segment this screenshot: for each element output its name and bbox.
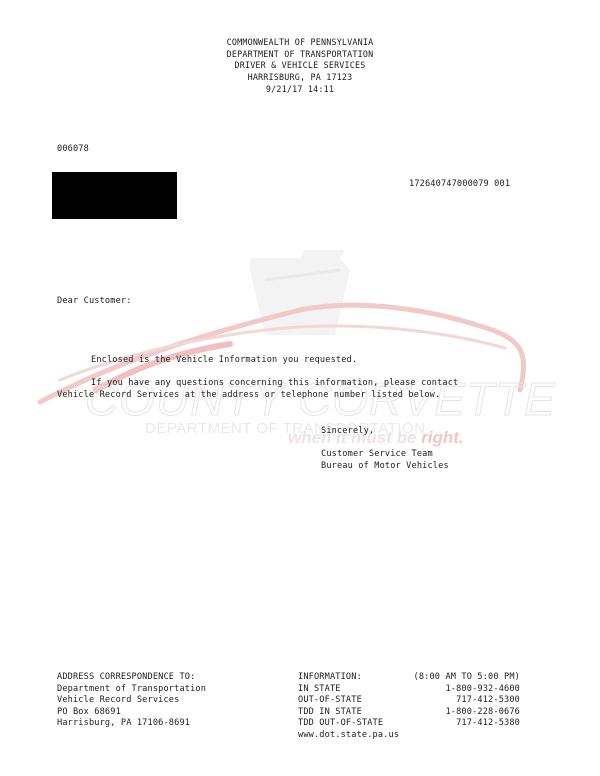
address-heading: ADDRESS CORRESPONDENCE TO: [57,672,206,684]
address-line: Vehicle Record Services [57,695,206,707]
watermark-tagline: when it must be right. [288,428,464,448]
contact-row: TDD IN STATE 1-800-228-0676 [298,707,520,719]
sequence-number: 006078 [57,144,89,156]
contact-row: OUT-OF-STATE 717-412-5300 [298,695,520,707]
signature-team: Customer Service Team [321,449,433,461]
header-datetime: 9/21/17 14:11 [0,84,600,96]
contact-information: INFORMATION: (8:00 AM TO 5:00 PM) IN STA… [298,672,520,742]
header-line-department: DEPARTMENT OF TRANSPORTATION [0,49,600,61]
contact-label: TDD OUT-OF-STATE [298,718,383,730]
paragraph-questions-line2: Vehicle Record Services at the address o… [57,390,440,402]
closing: Sincerely, [321,426,374,438]
address-line: Department of Transportation [57,684,206,696]
contact-row: TDD OUT-OF-STATE 717-412-5380 [298,718,520,730]
paragraph-enclosed: Enclosed is the Vehicle Information you … [91,355,357,367]
correspondence-address: ADDRESS CORRESPONDENCE TO: Department of… [57,672,206,730]
salutation: Dear Customer: [57,296,132,308]
contact-phone: 1-800-932-4600 [445,684,520,696]
redacted-address-block [52,172,177,219]
watermark-subtitle: DEPARTMENT OF TRANSPORTATION [145,420,425,437]
letterhead: COMMONWEALTH OF PENNSYLVANIA DEPARTMENT … [0,37,600,96]
signature-bureau: Bureau of Motor Vehicles [321,461,449,473]
website-link[interactable]: www.dot.state.pa.us [298,730,520,742]
header-line-division: DRIVER & VEHICLE SERVICES [0,60,600,72]
contact-heading-row: INFORMATION: (8:00 AM TO 5:00 PM) [298,672,520,684]
contact-phone: 717-412-5300 [456,695,520,707]
contact-label: OUT-OF-STATE [298,695,362,707]
contact-label: TDD IN STATE [298,707,362,719]
contact-phone: 717-412-5380 [456,718,520,730]
contact-heading: INFORMATION: [298,672,362,684]
contact-label: IN STATE [298,684,341,696]
document-number: 172640747000079 001 [409,179,510,191]
contact-hours: (8:00 AM TO 5:00 PM) [414,672,520,684]
contact-phone: 1-800-228-0676 [445,707,520,719]
address-line: PO Box 68691 [57,707,206,719]
watermark-tagline-accent: right. [421,428,464,447]
header-line-commonwealth: COMMONWEALTH OF PENNSYLVANIA [0,37,600,49]
contact-row: IN STATE 1-800-932-4600 [298,684,520,696]
paragraph-questions-line1: If you have any questions concerning thi… [91,378,458,390]
address-line: Harrisburg, PA 17106-8691 [57,718,206,730]
header-line-city: HARRISBURG, PA 17123 [0,72,600,84]
